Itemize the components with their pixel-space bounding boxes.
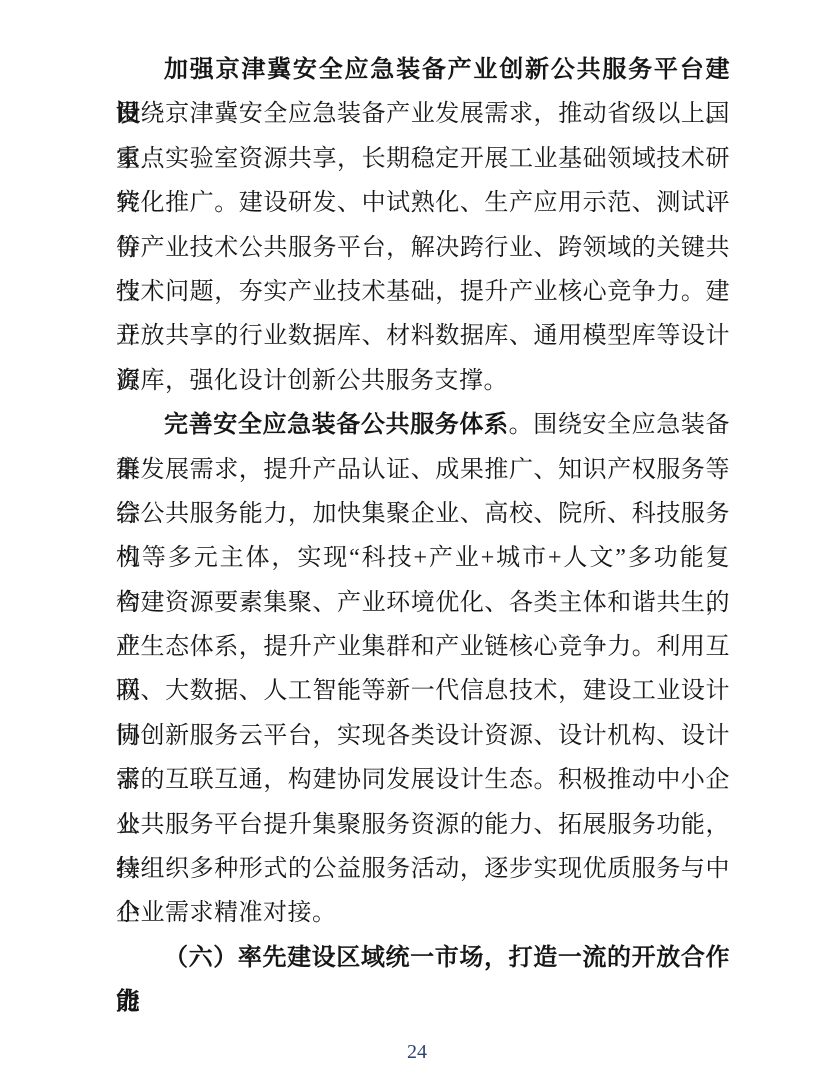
document-body: 加强京津冀安全应急装备产业创新公共服务平台建设。围绕京津冀安全应急装备产业发展需… (116, 48, 730, 1025)
paragraph-public-service-system: 完善安全应急装备公共服务体系。围绕安全应急装备集群发展需求，提升产品认证、成果推… (116, 403, 730, 936)
body-text: 源库，强化设计创新公共服务支撑。 (116, 368, 508, 394)
text-line: 转化推广。建设研发、中试熟化、生产应用示范、测试评价 (116, 181, 730, 225)
text-line: 重点实验室资源共享，长期稳定开展工业基础领域技术研究、 (116, 137, 730, 181)
text-line: 构等多元主体，实现“科技+产业+城市+人文”多功能复合， (116, 536, 730, 580)
paragraph-platform-construction: 加强京津冀安全应急装备产业创新公共服务平台建设。围绕京津冀安全应急装备产业发展需… (116, 48, 730, 403)
text-line: 求的互联互通，构建协同发展设计生态。积极推动中小企业 (116, 758, 730, 802)
text-line: 力 (116, 980, 730, 1024)
bold-text: 力 (116, 989, 141, 1015)
text-line: 续组织多种形式的公益服务活动，逐步实现优质服务与中小 (116, 847, 730, 891)
text-line: 等产业技术公共服务平台，解决跨行业、跨领域的关键共性 (116, 226, 730, 270)
text-line: 源库，强化设计创新公共服务支撑。 (116, 359, 730, 403)
body-text: 企业需求精准对接。 (116, 900, 337, 926)
text-line: 围绕京津冀安全应急装备产业发展需求，推动省级以上国家 (116, 92, 730, 136)
text-line: 群发展需求，提升产品认证、成果推广、知识产权服务等综 (116, 448, 730, 492)
document-page: 加强京津冀安全应急装备产业创新公共服务平台建设。围绕京津冀安全应急装备产业发展需… (0, 0, 834, 1091)
text-line: 同创新服务云平台，实现各类设计资源、设计机构、设计需 (116, 714, 730, 758)
text-line: 网、大数据、人工智能等新一代信息技术，建设工业设计协 (116, 669, 730, 713)
heading-section-six: （六）率先建设区域统一市场，打造一流的开放合作能力 (116, 936, 730, 1025)
text-line: 企业需求精准对接。 (116, 891, 730, 935)
text-line: 合公共服务能力，加快集聚企业、高校、院所、科技服务机 (116, 492, 730, 536)
text-line: 加强京津冀安全应急装备产业创新公共服务平台建设。 (116, 48, 730, 92)
text-line: 技术问题，夯实产业技术基础，提升产业核心竞争力。建立 (116, 270, 730, 314)
text-line: （六）率先建设区域统一市场，打造一流的开放合作能 (116, 936, 730, 980)
text-line: 构建资源要素集聚、产业环境优化、各类主体和谐共生的产 (116, 581, 730, 625)
text-line: 业生态体系，提升产业集群和产业链核心竞争力。利用互联 (116, 625, 730, 669)
page-number: 24 (0, 1040, 834, 1064)
text-line: 完善安全应急装备公共服务体系。围绕安全应急装备集 (116, 403, 730, 447)
text-line: 公共服务平台提升集聚服务资源的能力、拓展服务功能，持 (116, 803, 730, 847)
text-line: 开放共享的行业数据库、材料数据库、通用模型库等设计资 (116, 314, 730, 358)
bold-text: 完善安全应急装备公共服务体系 (164, 412, 509, 438)
